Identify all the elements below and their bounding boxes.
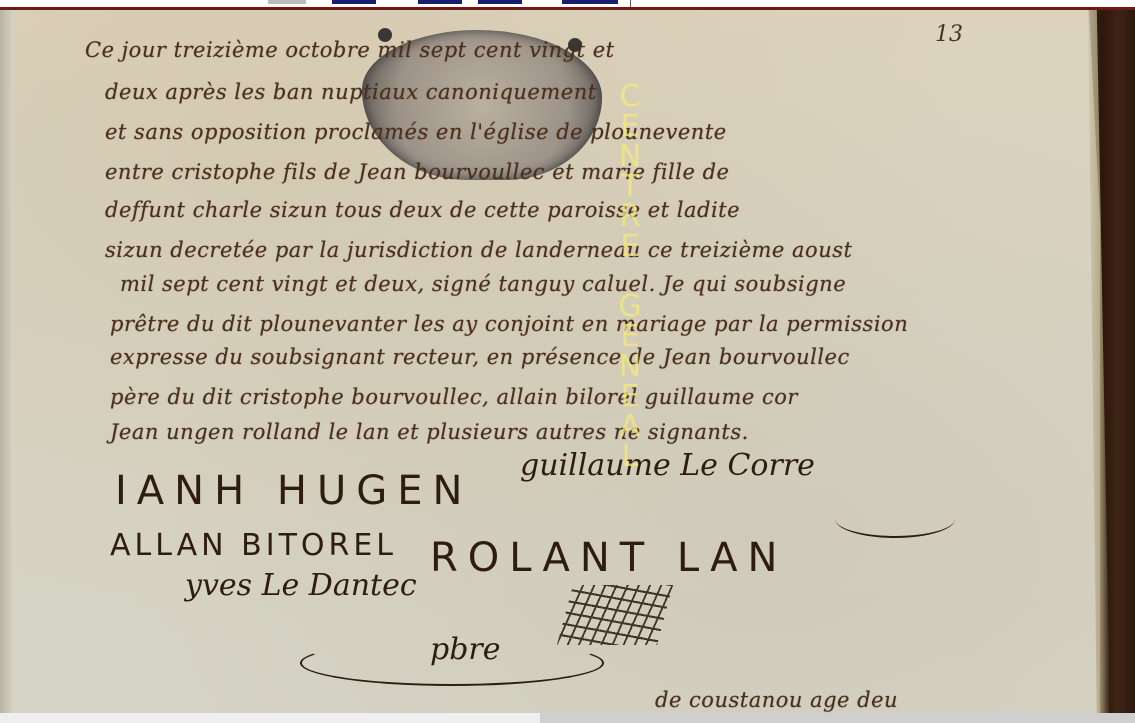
- signature: ALLAN BITOREL: [110, 528, 397, 563]
- watermark-letter: G: [618, 292, 641, 322]
- signature: guillaume Le Corre: [520, 448, 815, 483]
- record-line: Jean ungen rolland le lan et plusieurs a…: [110, 420, 749, 444]
- cross-mark-signature: [557, 585, 673, 645]
- record-line: expresse du soubsignant recteur, en prés…: [110, 345, 850, 369]
- signature: IANH HUGEN: [115, 468, 472, 514]
- watermark-letter: T: [621, 172, 639, 202]
- viewer-top-border: [0, 7, 1135, 10]
- signature: yves Le Dantec: [185, 568, 417, 603]
- page-number: 13: [935, 22, 963, 47]
- record-line: deffunt charle sizun tous deux de cette …: [105, 198, 740, 222]
- signature-flourish: [835, 500, 955, 538]
- watermark-letter: E: [621, 112, 640, 142]
- watermark-letter: R: [620, 202, 641, 232]
- watermark-letter: E: [621, 322, 640, 352]
- record-line: père du dit cristophe bourvoullec, allai…: [110, 385, 798, 409]
- watermark-letter: A: [620, 412, 641, 442]
- record-line: deux après les ban nuptiaux canoniquemen…: [105, 80, 597, 104]
- viewer-toolbar-area: [0, 0, 631, 7]
- signature: ROLANT LAN: [430, 535, 787, 581]
- watermark-letter: L: [622, 442, 639, 472]
- record-line: mil sept cent vingt et deux, signé tangu…: [120, 272, 846, 296]
- toolbar-button-5[interactable]: [562, 0, 618, 4]
- record-line: Ce jour treizième octobre mil sept cent …: [85, 38, 615, 62]
- watermark-letter: C: [620, 82, 641, 112]
- watermark-letter: E: [621, 382, 640, 412]
- horizontal-scrollbar[interactable]: [540, 713, 1135, 723]
- toolbar-button-1[interactable]: [268, 0, 306, 4]
- signature-flourish: [300, 640, 604, 686]
- watermark-letter: N: [619, 352, 641, 382]
- toolbar-button-2[interactable]: [332, 0, 376, 4]
- record-line: prêtre du dit plounevanter les ay conjoi…: [110, 312, 908, 336]
- viewer-bottom-strip: [0, 713, 1135, 723]
- watermark-letter: N: [619, 142, 641, 172]
- watermark: CENTRE GENEAL: [618, 82, 642, 472]
- toolbar-button-3[interactable]: [418, 0, 462, 4]
- record-line: sizun decretée par la jurisdiction de la…: [105, 238, 852, 262]
- watermark-letter: E: [621, 232, 640, 262]
- toolbar-button-4[interactable]: [478, 0, 522, 4]
- next-entry-partial-text: de coustanou age deu: [655, 688, 898, 712]
